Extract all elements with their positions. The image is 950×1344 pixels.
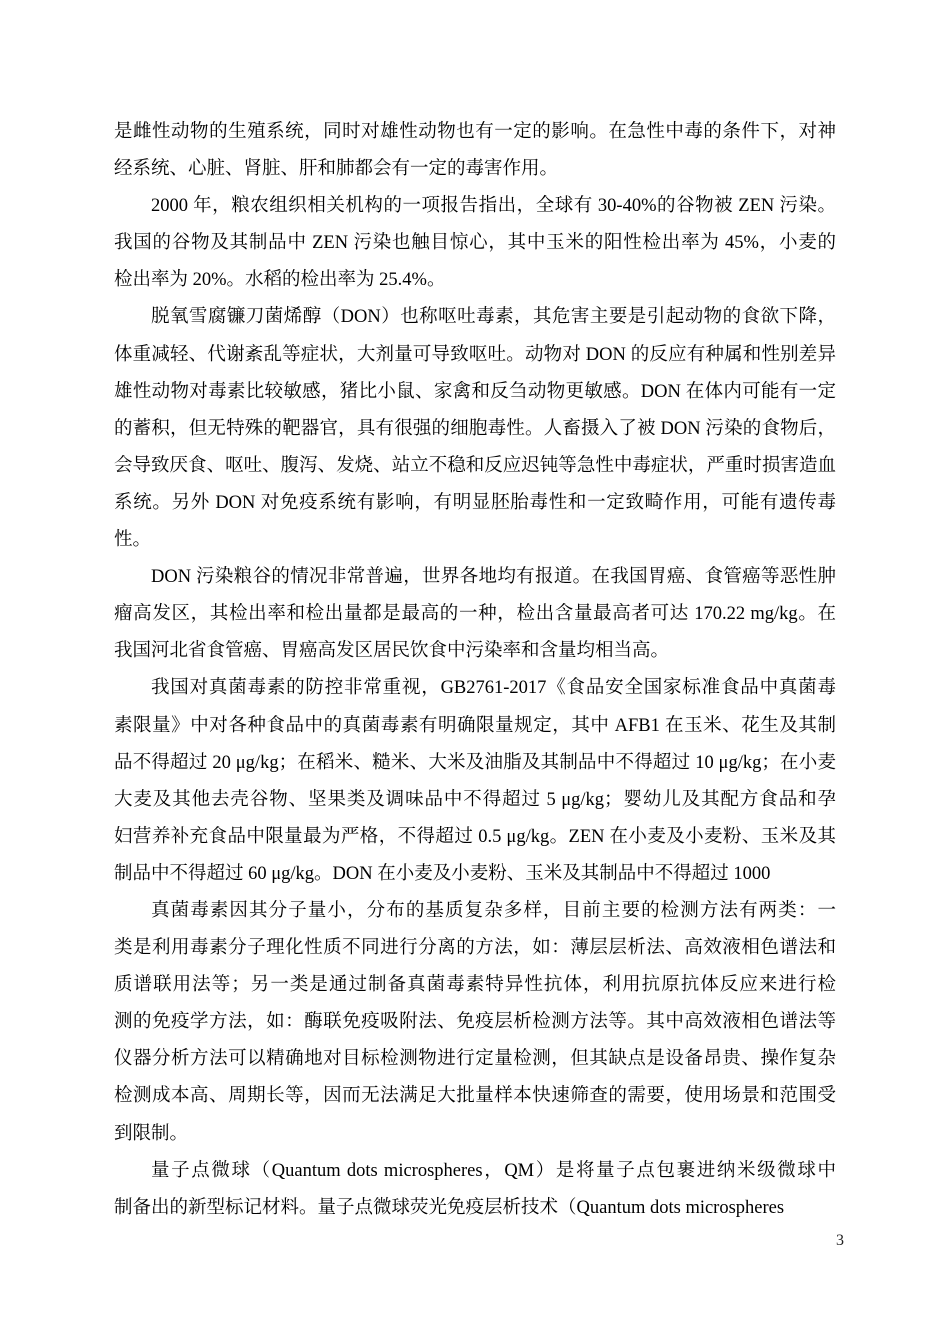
document-body: 是雌性动物的生殖系统，同时对雄性动物也有一定的影响。在急性中毒的条件下，对神经系… <box>114 114 836 1227</box>
text-line: 脱氧雪腐镰刀菌烯醇（DON）也称呕吐毒素，其危害主要是引起动物的食欲下降， <box>114 299 836 336</box>
text-line: 真菌毒素因其分子量小，分布的基质复杂多样，目前主要的检测方法有两类：一 <box>114 893 836 930</box>
text-line: 2000 年，粮农组织相关机构的一项报告指出，全球有 30-40%的谷物被 ZE… <box>114 188 836 225</box>
text-line: 经系统、心脏、肾脏、肝和肺都会有一定的毒害作用。 <box>114 151 836 188</box>
text-line: 制品中不得超过 60 μg/kg。DON 在小麦及小麦粉、玉米及其制品中不得超过… <box>114 856 836 893</box>
text-line: 品不得超过 20 μg/kg；在稻米、糙米、大米及油脂及其制品中不得超过 10 … <box>114 745 836 782</box>
text-line: 性。 <box>114 522 836 559</box>
text-line: 是雌性动物的生殖系统，同时对雄性动物也有一定的影响。在急性中毒的条件下，对神 <box>114 114 836 151</box>
text-line: 到限制。 <box>114 1116 836 1153</box>
text-line: 测的免疫学方法，如：酶联免疫吸附法、免疫层析检测方法等。其中高效液相色谱法等 <box>114 1004 836 1041</box>
text-line: 检出率为 20%。水稻的检出率为 25.4%。 <box>114 262 836 299</box>
text-line: 瘤高发区，其检出率和检出量都是最高的一种，检出含量最高者可达 170.22 mg… <box>114 596 836 633</box>
page-number: 3 <box>836 1231 856 1251</box>
text-line: 系统。另外 DON 对免疫系统有影响，有明显胚胎毒性和一定致畸作用，可能有遗传毒 <box>114 485 836 522</box>
document-page: 是雌性动物的生殖系统，同时对雄性动物也有一定的影响。在急性中毒的条件下，对神经系… <box>0 0 950 1344</box>
text-line: 我国对真菌毒素的防控非常重视，GB2761-2017《食品安全国家标准食品中真菌… <box>114 670 836 707</box>
text-line: 质谱联用法等；另一类是通过制备真菌毒素特异性抗体，利用抗原抗体反应来进行检 <box>114 967 836 1004</box>
text-line: 大麦及其他去壳谷物、坚果类及调味品中不得超过 5 μg/kg；婴幼儿及其配方食品… <box>114 782 836 819</box>
text-line: 类是利用毒素分子理化性质不同进行分离的方法，如：薄层层析法、高效液相色谱法和 <box>114 930 836 967</box>
text-line: 会导致厌食、呕吐、腹泻、发烧、站立不稳和反应迟钝等急性中毒症状，严重时损害造血 <box>114 448 836 485</box>
text-line: 检测成本高、周期长等，因而无法满足大批量样本快速筛查的需要，使用场景和范围受 <box>114 1078 836 1115</box>
text-line: 素限量》中对各种食品中的真菌毒素有明确限量规定，其中 AFB1 在玉米、花生及其… <box>114 708 836 745</box>
text-line: 的蓄积，但无特殊的靶器官，具有很强的细胞毒性。人畜摄入了被 DON 污染的食物后… <box>114 411 836 448</box>
text-line: 仪器分析方法可以精确地对目标检测物进行定量检测，但其缺点是设备昂贵、操作复杂 <box>114 1041 836 1078</box>
text-line: DON 污染粮谷的情况非常普遍，世界各地均有报道。在我国胃癌、食管癌等恶性肿 <box>114 559 836 596</box>
text-line: 制备出的新型标记材料。量子点微球荧光免疫层析技术（Quantum dots mi… <box>114 1190 836 1227</box>
text-line: 妇营养补充食品中限量最为严格，不得超过 0.5 μg/kg。ZEN 在小麦及小麦… <box>114 819 836 856</box>
text-line: 雄性动物对毒素比较敏感，猪比小鼠、家禽和反刍动物更敏感。DON 在体内可能有一定 <box>114 374 836 411</box>
text-line: 量子点微球（Quantum dots microspheres，QM）是将量子点… <box>114 1153 836 1190</box>
text-line: 体重减轻、代谢紊乱等症状，大剂量可导致呕吐。动物对 DON 的反应有种属和性别差… <box>114 337 836 374</box>
text-line: 我国河北省食管癌、胃癌高发区居民饮食中污染率和含量均相当高。 <box>114 633 836 670</box>
text-line: 我国的谷物及其制品中 ZEN 污染也触目惊心，其中玉米的阳性检出率为 45%，小… <box>114 225 836 262</box>
